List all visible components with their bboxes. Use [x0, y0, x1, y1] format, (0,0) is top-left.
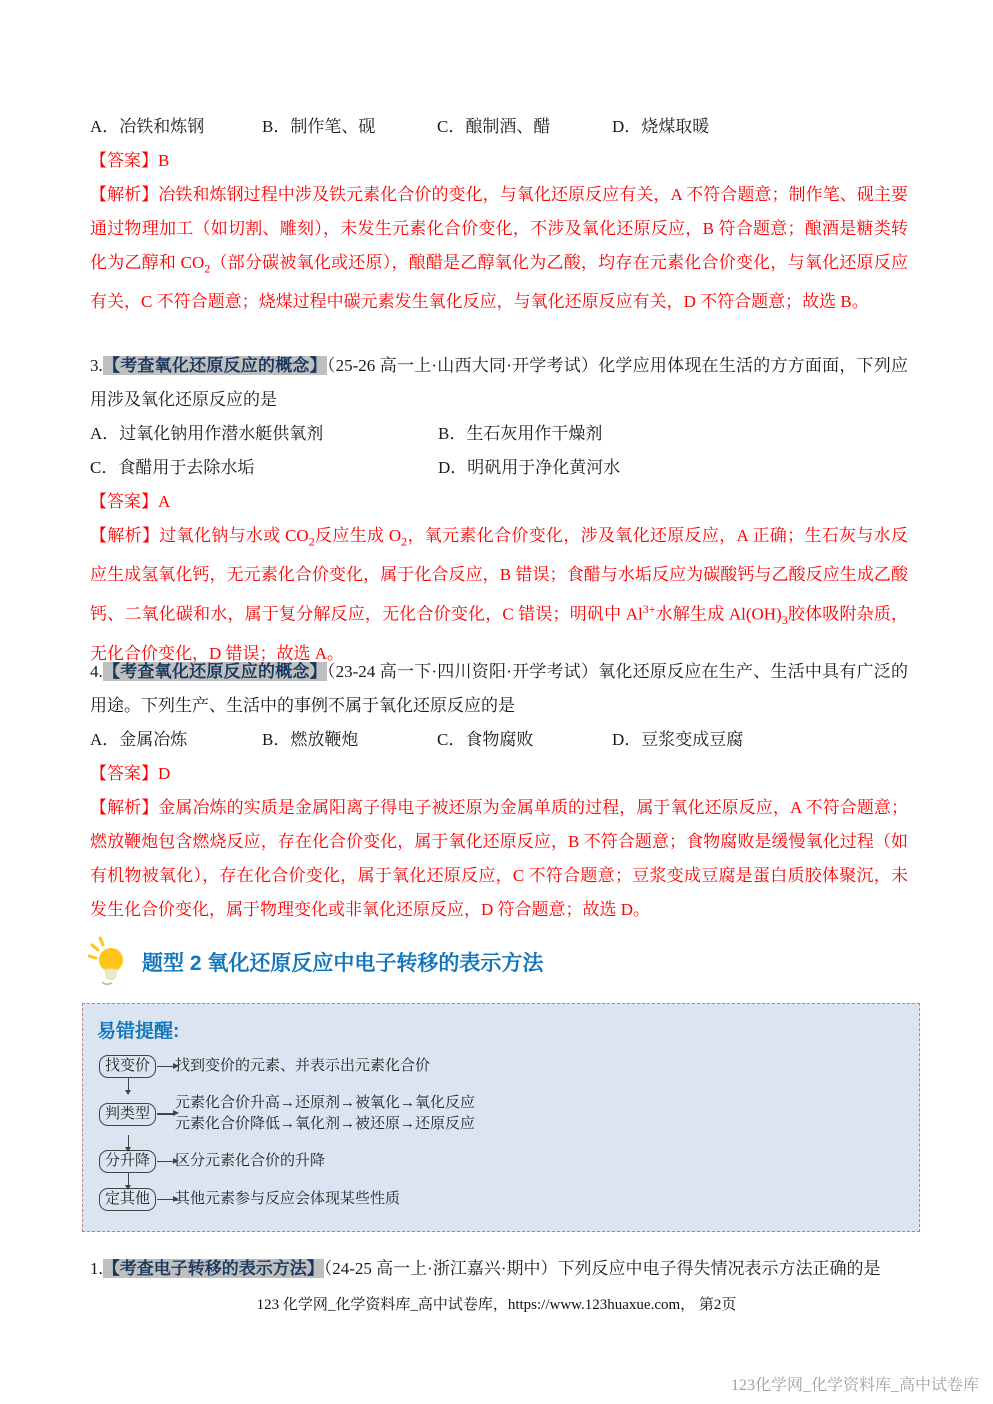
- down-arrow-icon: [128, 1078, 129, 1093]
- flow-step-3: 分升降 区分元素化合价的升降: [99, 1150, 907, 1173]
- question-source: （23-24 高一下·四川资阳·开学考试）: [327, 662, 598, 681]
- q4-options-row: A．金属冶炼 B．燃放鞭炮 C．食物腐败 D．豆浆变成豆腐: [90, 723, 908, 757]
- option-a: A．过氧化钠用作潜水艇供氧剂: [90, 417, 438, 451]
- question-text: 下列反应中电子得失情况表示方法正确的是: [557, 1259, 880, 1278]
- down-arrow-icon: [128, 1173, 129, 1188]
- q3-analysis: 【解析】过氧化钠与水或 CO2反应生成 O2，氧元素化合价变化，涉及氧化还原反应…: [90, 519, 908, 671]
- q2-options-row: A．冶铁和炼钢 B．制作笔、砚 C．酿制酒、醋 D．烧煤取暖: [90, 110, 908, 144]
- flow-step-desc: 元素化合价升高→还原剂→被氧化→氧化反应 元素化合价降低→氧化剂→被还原→还原反…: [175, 1093, 475, 1135]
- question-source: （24-25 高一上·浙江嘉兴·期中）: [324, 1259, 558, 1278]
- analysis-text: 金属冶炼的实质是金属阳离子得电子被还原为金属单质的过程，属于氧化还原反应，A 不…: [90, 798, 908, 919]
- formula-superscript: 3+: [643, 602, 656, 616]
- question-number: 3.: [90, 356, 103, 375]
- down-arrow-icon: [128, 1135, 129, 1150]
- question-number: 4.: [90, 662, 103, 681]
- right-arrow-icon: [157, 1199, 174, 1201]
- q3-stem: 3.【考查氧化还原反应的概念】（25-26 高一上·山西大同·开学考试）化学应用…: [90, 349, 908, 417]
- page-footer: 123 化学网_化学资料库_高中试卷库，https://www.123huaxu…: [0, 1292, 993, 1318]
- answer-value: D: [158, 764, 170, 783]
- option-b: B．生石灰用作干燥剂: [438, 417, 908, 451]
- question-number: 1.: [90, 1259, 103, 1278]
- option-d: D．明矾用于净化黄河水: [438, 451, 908, 485]
- flow-step-desc-line2: 元素化合价降低→氧化剂→被还原→还原反应: [175, 1114, 475, 1135]
- flow-step-desc-line1: 元素化合价升高→还原剂→被氧化→氧化反应: [175, 1093, 475, 1114]
- analysis-label: 【解析】: [90, 798, 158, 817]
- flow-step-desc: 其他元素参与反应会体现某些性质: [175, 1189, 400, 1210]
- right-arrow-icon: [157, 1113, 174, 1115]
- option-d: D．豆浆变成豆腐: [612, 723, 908, 757]
- analysis-label: 【解析】: [90, 185, 158, 204]
- option-c: C．酿制酒、醋: [437, 110, 612, 144]
- flow-step-4: 定其他 其他元素参与反应会体现某些性质: [99, 1188, 907, 1211]
- q4-analysis: 【解析】金属冶炼的实质是金属阳离子得电子被还原为金属单质的过程，属于氧化还原反应…: [90, 791, 908, 927]
- analysis-text: 过氧化钠与水或 CO: [159, 526, 308, 545]
- q5-stem: 1.【考查电子转移的表示方法】（24-25 高一上·浙江嘉兴·期中）下列反应中电…: [90, 1252, 908, 1286]
- hint-title: 易错提醒:: [97, 1016, 907, 1043]
- hint-box: 易错提醒: 找变价 找到变价的元素、并表示出元素化合价 判类型 元素化合价升高→…: [82, 1003, 920, 1232]
- q3-options-grid: A．过氧化钠用作潜水艇供氧剂 B．生石灰用作干燥剂 C．食醋用于去除水垢 D．明…: [90, 417, 908, 485]
- option-b: B．制作笔、砚: [262, 110, 437, 144]
- analysis-text: （部分碳被氧化或还原），酿醋是乙醇氧化为乙酸，均存在元素化合价变化，与氧化还原反…: [90, 253, 908, 311]
- flowchart: 找变价 找到变价的元素、并表示出元素化合价 判类型 元素化合价升高→还原剂→被氧…: [99, 1055, 907, 1211]
- flow-step-1: 找变价 找到变价的元素、并表示出元素化合价: [99, 1055, 907, 1078]
- option-a: A．金属冶炼: [90, 723, 262, 757]
- topic2-title: 题型 2 氧化还原反应中电子转移的表示方法: [142, 947, 543, 977]
- q4-answer-line: 【答案】D: [90, 757, 908, 791]
- topic-tag: 【考查电子转移的表示方法】: [103, 1259, 324, 1278]
- flow-step-2: 判类型 元素化合价升高→还原剂→被氧化→氧化反应 元素化合价降低→氧化剂→被还原…: [99, 1093, 907, 1135]
- option-d: D．烧煤取暖: [612, 110, 908, 144]
- q3-answer-line: 【答案】A: [90, 485, 908, 519]
- flow-step-box: 找变价: [99, 1055, 156, 1078]
- option-a: A．冶铁和炼钢: [90, 110, 262, 144]
- topic-tag: 【考查氧化还原反应的概念】: [103, 356, 327, 375]
- analysis-label: 【解析】: [90, 526, 159, 545]
- answer-label: 【答案】: [90, 764, 158, 783]
- flow-step-box: 分升降: [99, 1150, 156, 1173]
- topic-tag: 【考查氧化还原反应的概念】: [103, 662, 327, 681]
- flow-step-desc: 区分元素化合价的升降: [175, 1151, 325, 1172]
- answer-label: 【答案】: [90, 492, 158, 511]
- right-arrow-icon: [157, 1066, 174, 1068]
- watermark: 123化学网_化学资料库_高中试卷库: [731, 1372, 979, 1395]
- q4-stem: 4.【考查氧化还原反应的概念】（23-24 高一下·四川资阳·开学考试）氧化还原…: [90, 655, 908, 723]
- option-c: C．食物腐败: [437, 723, 612, 757]
- right-arrow-icon: [157, 1161, 174, 1163]
- document-page: A．冶铁和炼钢 B．制作笔、砚 C．酿制酒、醋 D．烧煤取暖 【答案】B 【解析…: [0, 0, 993, 1404]
- flow-step-box: 判类型: [99, 1103, 156, 1126]
- option-b: B．燃放鞭炮: [262, 723, 437, 757]
- q2-analysis: 【解析】冶铁和炼钢过程中涉及铁元素化合价的变化，与氧化还原反应有关，A 不符合题…: [90, 178, 908, 319]
- flow-step-box: 定其他: [99, 1188, 156, 1211]
- option-c: C．食醋用于去除水垢: [90, 451, 438, 485]
- analysis-text: 水解生成 Al(OH): [655, 605, 781, 624]
- analysis-text: 反应生成 O: [315, 526, 401, 545]
- flow-step-desc: 找到变价的元素、并表示出元素化合价: [175, 1056, 430, 1077]
- answer-value: B: [158, 151, 169, 170]
- answer-label: 【答案】: [90, 151, 158, 170]
- answer-value: A: [158, 492, 170, 511]
- question-source: （25-26 高一上·山西大同·开学考试）: [327, 356, 598, 375]
- topic2-header: 题型 2 氧化还原反应中电子转移的表示方法: [88, 936, 543, 988]
- q2-answer-line: 【答案】B: [90, 144, 908, 178]
- lightbulb-icon: [88, 936, 130, 988]
